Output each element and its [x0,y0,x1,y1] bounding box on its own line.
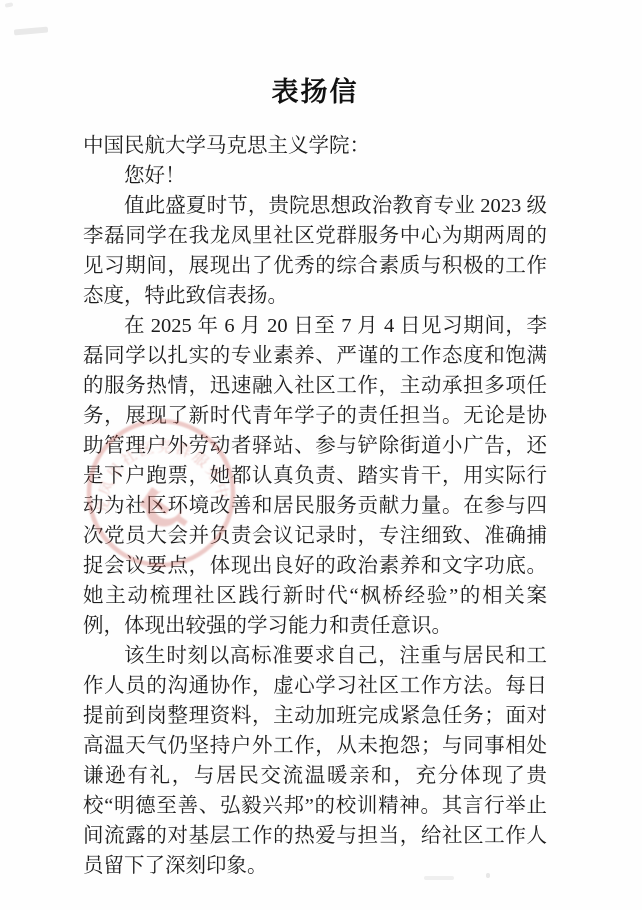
paragraph-2: 在 2025 年 6 月 20 日至 7 月 4 日见习期间，李磊同学以扎实的专… [83,311,547,641]
letter-title: 表扬信 [83,76,547,108]
letter-page: 龙凤里社区党群服务中心 表扬信 中国民航大学马克思主义学院： 您好！ 值此盛夏时… [0,0,642,910]
paragraph-1: 值此盛夏时节，贵院思想政治教育专业 2023 级李磊同学在我龙凤里社区党群服务中… [83,191,547,311]
scan-artifact [14,27,48,36]
greeting-line: 您好！ [83,161,547,191]
addressee-line: 中国民航大学马克思主义学院： [83,131,547,161]
paragraph-3: 该生时刻以高标准要求自己，注重与居民和工作人员的沟通协作，虚心学习社区工作方法。… [83,641,547,881]
scan-artifact [5,2,14,7]
